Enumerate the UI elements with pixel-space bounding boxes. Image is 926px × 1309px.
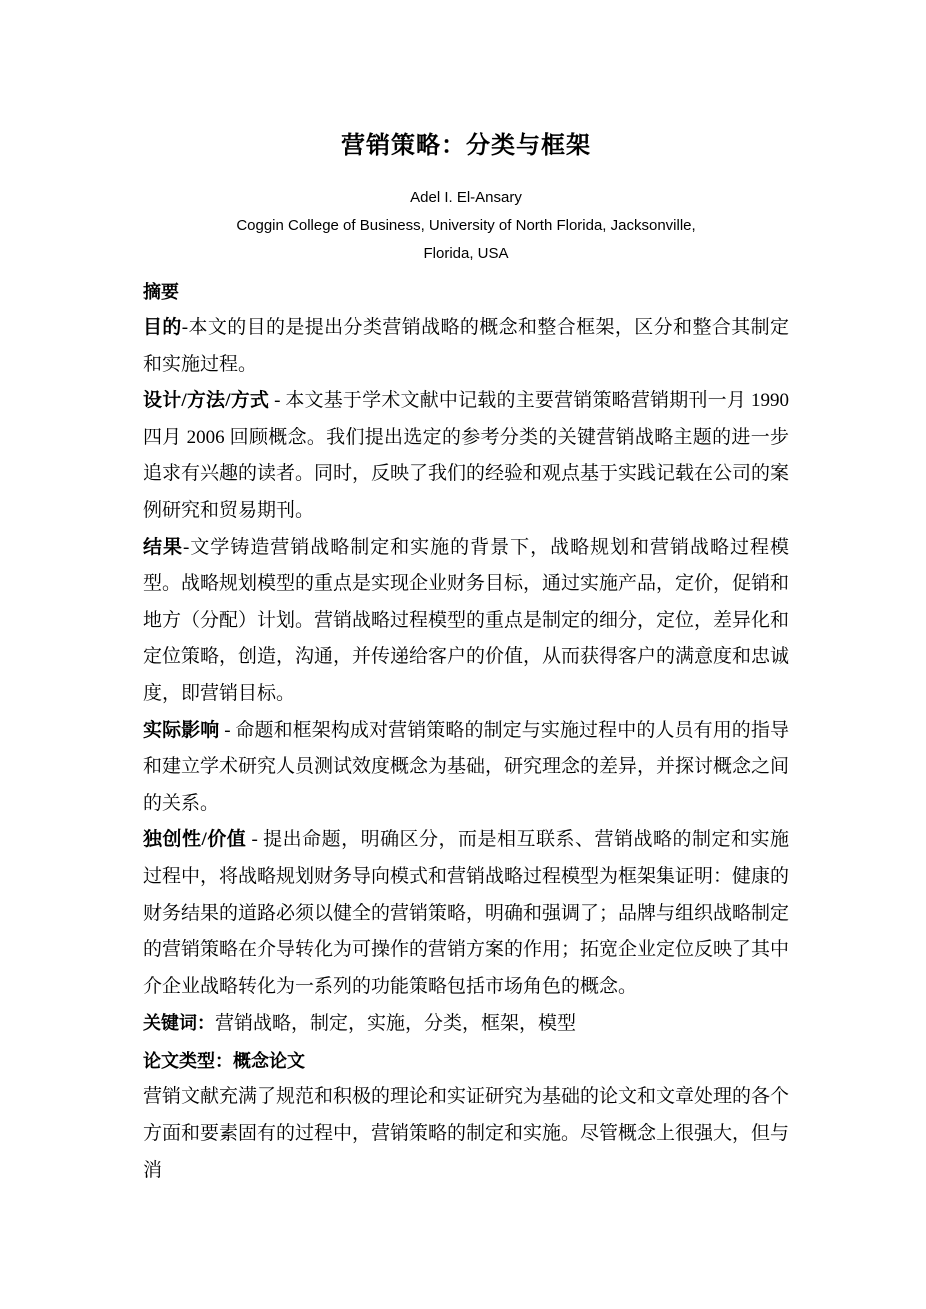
abstract-heading: 摘要 xyxy=(143,274,789,310)
paper-type-line: 论文类型：概念论文 xyxy=(143,1043,789,1080)
document-page: 营销策略：分类与框架 Adel I. El-Ansary Coggin Coll… xyxy=(0,0,926,1309)
section-label-originality-value: 独创性/价值 xyxy=(143,829,246,850)
byline-block: Adel I. El-Ansary Coggin College of Busi… xyxy=(143,184,789,268)
page-title: 营销策略：分类与框架 xyxy=(143,130,789,162)
abstract-section-design: 设计/方法/方式 - 本文基于学术文献中记载的主要营销策略营销期刊一月 1990… xyxy=(143,383,789,529)
author-name: Adel I. El-Ansary xyxy=(143,184,789,212)
keywords-line: 关键词：营销战略，制定，实施，分类，框架，模型 xyxy=(143,1005,789,1043)
section-label-findings: 结果 xyxy=(143,537,183,558)
opening-paragraph: 营销文献充满了规范和积极的理论和实证研究为基础的论文和文章处理的各个方面和要素固… xyxy=(143,1079,789,1189)
section-text-originality-value: - 提出命题，明确区分，而是相互联系、营销战略的制定和实施过程中，将战略规划财务… xyxy=(143,829,789,996)
keywords-text: 营销战略，制定，实施，分类，框架，模型 xyxy=(215,1013,576,1034)
section-label-practical-implications: 实际影响 xyxy=(143,720,219,741)
abstract-section-practical-implications: 实际影响 - 命题和框架构成对营销策略的制定与实施过程中的人员有用的指导和建立学… xyxy=(143,713,789,823)
abstract-section-originality-value: 独创性/价值 - 提出命题，明确区分，而是相互联系、营销战略的制定和实施过程中，… xyxy=(143,822,789,1005)
section-text-purpose: -本文的目的是提出分类营销战略的概念和整合框架，区分和整合其制定和实施过程。 xyxy=(143,317,789,375)
affiliation-line-2: Florida, USA xyxy=(143,240,789,268)
abstract-section-findings: 结果-文学铸造营销战略制定和实施的背景下，战略规划和营销战略过程模型。战略规划模… xyxy=(143,530,789,713)
section-label-purpose: 目的 xyxy=(143,317,182,338)
section-text-practical-implications: - 命题和框架构成对营销策略的制定与实施过程中的人员有用的指导和建立学术研究人员… xyxy=(143,720,789,814)
keywords-label: 关键词： xyxy=(143,1013,215,1033)
section-text-findings: -文学铸造营销战略制定和实施的背景下，战略规划和营销战略过程模型。战略规划模型的… xyxy=(143,537,789,704)
abstract-section-purpose: 目的-本文的目的是提出分类营销战略的概念和整合框架，区分和整合其制定和实施过程。 xyxy=(143,310,789,383)
affiliation-line-1: Coggin College of Business, University o… xyxy=(143,212,789,240)
section-label-design: 设计/方法/方式 xyxy=(143,390,269,411)
